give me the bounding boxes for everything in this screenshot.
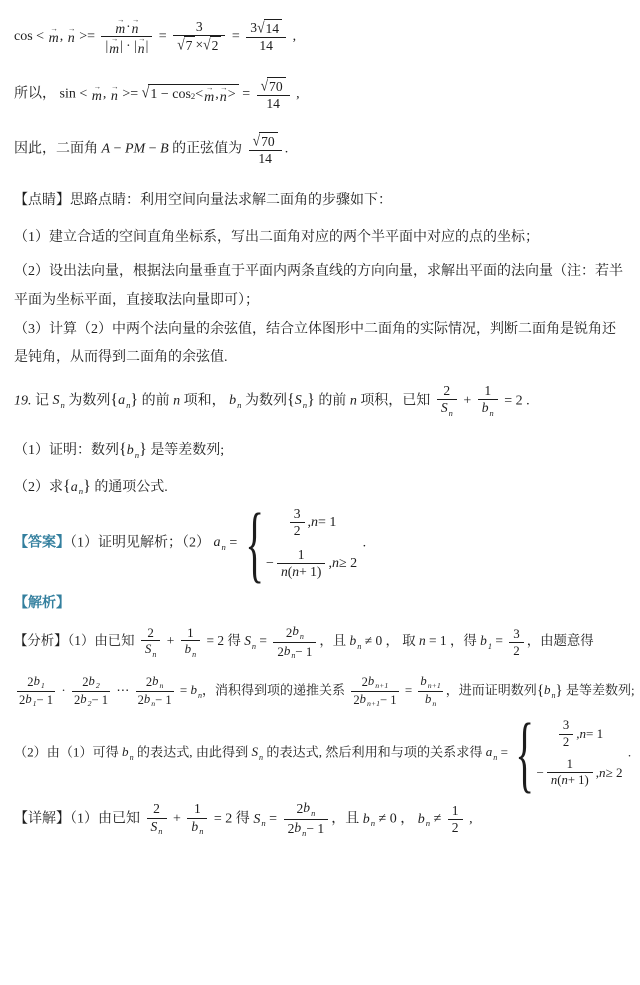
formula-text: 2 <box>288 821 295 837</box>
formula-text: + <box>163 633 177 648</box>
variable-base: a <box>486 744 493 759</box>
document-page: cos < →m, →n >= →m · →n|→m| · |→n| = 3√7… <box>0 0 640 841</box>
formula-text: = 1 <box>318 511 336 534</box>
subscripted-variable: bn <box>122 744 134 759</box>
formula-line-sin: 所以， sin < →m, →n >= √1 − cos2 < →m, →n >… <box>14 75 624 114</box>
formula-text: = <box>492 633 506 648</box>
formula-text: · <box>58 682 69 697</box>
radical-icon: √ <box>203 36 210 53</box>
formula-text: ，进而证明数列 <box>446 682 537 697</box>
formula-text: 2 <box>153 801 160 817</box>
tip-heading-line: 【点睛】思路点睛：利用空间向量法求解二面角的步骤如下： <box>14 187 624 216</box>
radical-icon: √ <box>257 19 264 36</box>
case-row: 32, n = 1 <box>556 716 603 751</box>
fraction: 1bn <box>181 625 201 660</box>
dihedral-conclusion-line: 因此，二面角 A − PM − B 的正弦值为 √7014. <box>14 130 624 169</box>
denominator: 2 <box>290 523 305 539</box>
fraction: 2bn2bn − 1 <box>136 674 174 709</box>
fraction: √7014 <box>257 77 290 112</box>
formula-text: , <box>60 29 67 44</box>
case-rows: 32, n = 1− 1n(n + 1), n ≥ 2 <box>266 504 357 582</box>
vector-letter: m <box>92 90 102 104</box>
variable-base: b <box>34 674 40 688</box>
vector-letter: n <box>138 42 145 56</box>
formula-text: 记 <box>32 393 53 408</box>
denominator: bn <box>187 819 207 838</box>
formula-text: 项和， <box>180 393 229 408</box>
math-variable: n <box>311 511 318 534</box>
variable-base: b <box>350 633 357 648</box>
variable-base: b <box>303 800 310 815</box>
formula-text: 3 <box>196 19 203 35</box>
denominator: 2bn − 1 <box>136 692 174 709</box>
formula-text: （2）求 <box>14 480 63 495</box>
vector-letter: m <box>204 91 214 105</box>
case-row: 32, n = 1 <box>287 504 337 542</box>
math-variable: n <box>350 393 357 408</box>
subscripted-variable: bn <box>185 641 197 659</box>
numerator: 1 <box>480 383 495 399</box>
numerator: 1 <box>190 801 205 817</box>
formula-text: . <box>285 142 289 157</box>
numerator: 3 <box>509 626 524 642</box>
numerator: 2 <box>439 383 454 399</box>
formula-text: = <box>497 744 511 759</box>
subscripted-variable: an <box>214 535 226 550</box>
formula-text: 的前 <box>138 393 173 408</box>
denominator: bn <box>478 400 498 419</box>
detail-line: 【详解】（1）由已知 2Sn + 1bn = 2 得 Sn = 2bn2bn −… <box>14 798 624 841</box>
variable-base: b <box>127 443 134 458</box>
numerator: 2bn+1 <box>360 674 391 691</box>
subscripted-variable: bn+1 <box>368 674 388 691</box>
formula-text: 【分析】（1）由已知 <box>14 633 138 648</box>
formula-text: < <box>195 87 203 103</box>
formula-text: 是等差数列; <box>147 443 224 458</box>
denominator: n(n + 1) <box>277 564 326 580</box>
formula-text: = 1 ，得 <box>426 633 480 648</box>
numerator: 2bn <box>292 800 319 819</box>
math-variable: n <box>281 564 288 580</box>
variable-base: b <box>122 744 129 759</box>
formula-text: − 1 <box>380 693 397 708</box>
formula-text: （1）证明见解析；（2） <box>70 535 214 550</box>
formula-text: 的前 <box>315 393 350 408</box>
formula-text: 14 <box>258 151 272 167</box>
formula-text: 因此，二面角 <box>14 142 102 157</box>
formula-text: = 1 <box>586 723 603 745</box>
formula-text: 2 <box>296 801 303 817</box>
vector: →n <box>68 27 75 46</box>
fraction: √7014 <box>249 132 282 167</box>
subscripted-variable: an <box>118 393 130 408</box>
radical-icon: √ <box>142 86 150 104</box>
math-variable: PM <box>125 142 145 157</box>
variable-base: b <box>368 674 374 688</box>
variable-subscript: n <box>300 632 304 641</box>
formula-text: 为数列 <box>242 393 288 408</box>
numerator: 3 <box>192 19 207 35</box>
numerator: 1 <box>294 547 309 563</box>
denominator: 2 <box>509 643 524 659</box>
formula-text: 的正弦值为 <box>169 142 246 157</box>
variable-subscript: n <box>158 827 162 836</box>
question-19-part2-line: （2）求{an} 的通项公式. <box>14 474 624 501</box>
numerator: 1 <box>563 757 577 772</box>
denominator: 2bn+1 − 1 <box>351 692 398 709</box>
subscripted-variable: bn <box>284 643 296 661</box>
variable-base: a <box>214 535 221 550</box>
variable-subscript: n <box>490 409 494 418</box>
math-variable: n <box>332 552 339 575</box>
numerator: 1 <box>183 625 198 641</box>
denominator: 2bn − 1 <box>273 643 316 661</box>
tip-step-1-line: （1）建立合适的空间直角坐标系，写出二面角对应的两个半平面中对应的点的坐标； <box>14 224 624 253</box>
variable-base: b <box>480 633 487 648</box>
denominator: 14 <box>255 38 277 54</box>
variable-base: S <box>145 641 152 656</box>
variable-subscript: n <box>432 699 436 708</box>
formula-text: − <box>266 552 274 575</box>
left-brace-icon: { <box>245 505 264 582</box>
variable-subscript: n+1 <box>375 681 388 690</box>
fraction: →m · →n|→m| · |→n| <box>101 18 152 55</box>
radicand: 7 <box>184 36 196 54</box>
variable-subscript: n <box>199 827 203 836</box>
formula-text: 70 <box>269 79 283 95</box>
fraction: 2bn+12bn+1 − 1 <box>351 674 398 709</box>
numerator: 2b1 <box>25 674 47 691</box>
denominator: 2bn − 1 <box>284 820 329 839</box>
formula-text: 1 <box>452 803 459 819</box>
formula-text: 70 <box>261 134 275 150</box>
square-root: √70 <box>261 77 286 95</box>
formula-text: 14 <box>266 96 280 112</box>
numerator: 2 <box>143 625 158 641</box>
formula-text: ，且 <box>331 812 363 827</box>
subscripted-variable: bn <box>294 820 306 839</box>
formula-text: 1 − cos <box>150 87 191 103</box>
formula-text: ，消积得到项的递推关系 <box>202 682 348 697</box>
subscripted-variable: bn <box>482 400 494 419</box>
formula-text: − <box>537 762 544 784</box>
variable-base: b <box>152 674 158 688</box>
formula-text: = <box>177 682 191 697</box>
fraction: 2bn2bn − 1 <box>284 800 329 839</box>
formula-text: . <box>625 744 632 759</box>
fraction: 1n(n + 1) <box>547 757 593 788</box>
variable-base: b <box>363 812 370 827</box>
answer-line: 【答案】（1）证明见解析；（2） an = {32, n = 1− 1n(n +… <box>14 504 624 582</box>
formula-text: > <box>228 87 236 103</box>
denominator: bn <box>181 641 201 659</box>
formula-text: 1 <box>567 757 573 772</box>
numerator: 2bn <box>282 623 308 641</box>
analysis-line-1: 【分析】（1）由已知 2Sn + 1bn = 2 得 Sn = 2bn2bn −… <box>14 621 624 663</box>
subscripted-variable: bn <box>144 692 155 709</box>
section-label: 【答案】 <box>14 535 70 550</box>
variable-base: b <box>144 692 150 706</box>
subscripted-variable: b1 <box>480 633 492 648</box>
vector: →m <box>92 85 102 104</box>
formula-text: = <box>226 535 241 550</box>
vector-letter: n <box>111 90 118 104</box>
formula-text: , <box>293 87 300 102</box>
subscripted-variable: b2 <box>80 692 91 709</box>
fraction: 3√1414 <box>246 19 286 54</box>
formula-text: 2 <box>294 523 301 539</box>
radicand: 70 <box>267 77 286 95</box>
subscripted-variable: b2 <box>89 674 100 691</box>
formula-text: , <box>466 812 473 827</box>
radicand: 2 <box>210 36 222 54</box>
vector: →n <box>220 86 227 105</box>
formula-text: ≥ 2 <box>606 762 623 784</box>
formula-text: 为数列 <box>65 393 111 408</box>
fraction: 1n(n + 1) <box>277 547 326 581</box>
subscripted-variable: Sn <box>441 400 453 419</box>
formula-text: = 2 得 <box>203 633 244 648</box>
radicand: 14 <box>264 19 283 37</box>
formula-line-cos: cos < →m, →n >= →m · →n|→m| · |→n| = 3√7… <box>14 16 624 57</box>
subscripted-variable: bn <box>229 393 241 408</box>
formula-text: + <box>170 812 185 827</box>
formula-text: （2）由（1）可得 <box>14 744 122 759</box>
subscripted-variable: an <box>486 744 498 759</box>
vector: →m <box>109 37 119 55</box>
case-row: − 1n(n + 1), n ≥ 2 <box>266 545 357 583</box>
formula-text: = <box>402 682 416 697</box>
fraction: bn+1bn <box>418 674 442 709</box>
sequence-brace: } <box>307 391 315 408</box>
numerator: 3 <box>290 506 305 522</box>
variable-base: b <box>425 692 431 706</box>
formula-text: = <box>239 87 254 102</box>
numerator: 3√14 <box>246 19 286 37</box>
denominator: |→m| · |→n| <box>101 37 152 55</box>
sequence-brace: { <box>537 682 544 698</box>
subscripted-variable: bn <box>418 812 430 827</box>
fraction: 32 <box>290 506 305 540</box>
fraction: 2Sn <box>147 801 167 837</box>
formula-text: >= <box>76 29 99 44</box>
formula-text: 14 <box>259 38 273 54</box>
math-variable: A <box>102 142 111 157</box>
formula-text: 3 <box>250 20 257 36</box>
formula-text: 3 <box>294 506 301 522</box>
square-root: √7 <box>177 36 195 54</box>
variable-base: S <box>253 812 260 827</box>
formula-text: − <box>145 142 160 157</box>
subscripted-variable: Sn <box>253 812 265 827</box>
vector: →m <box>204 86 214 105</box>
formula-text: 3 <box>513 626 520 642</box>
variable-base: b <box>229 393 236 408</box>
formula-text: 2 <box>563 735 569 750</box>
subscripted-variable: b1 <box>34 674 45 691</box>
sequence-brace: } <box>556 682 563 698</box>
radical-icon: √ <box>253 132 260 149</box>
variable-base: S <box>441 400 448 415</box>
question-19-line: 19. 记 Sn 为数列{an} 的前 n 项和， bn 为数列{Sn} 的前 … <box>14 381 624 421</box>
numerator: 3 <box>559 718 573 733</box>
formula-text: − 1 <box>155 693 172 708</box>
formula-text: − 1 <box>295 644 312 660</box>
fraction: 1bn <box>187 801 207 837</box>
vector-letter: n <box>68 32 75 46</box>
variable-subscript: 1 <box>41 681 45 690</box>
vector-letter: n <box>220 91 227 105</box>
sequence-brace: { <box>287 391 295 408</box>
variable-subscript: n <box>159 681 163 690</box>
variable-subscript: n <box>152 650 156 659</box>
fraction: 32 <box>559 718 573 749</box>
math-variable: n <box>419 633 426 648</box>
formula-text: 是等差数列; <box>563 682 635 697</box>
formula-text: 1 <box>194 801 201 817</box>
sequence-brace: } <box>83 478 91 495</box>
formula-text: ，由题意得 <box>527 633 594 648</box>
formula-text: ⋯ <box>113 682 133 697</box>
square-root: √2 <box>203 36 221 54</box>
variable-subscript: n <box>311 809 315 818</box>
variable-base: b <box>185 641 192 656</box>
subscripted-variable: bn <box>303 800 315 819</box>
sequence-brace: { <box>119 441 127 458</box>
formula-text: 2 <box>513 643 520 659</box>
case-row: − 1n(n + 1), n ≥ 2 <box>537 755 623 790</box>
sequence-brace: { <box>110 391 118 408</box>
denominator: 14 <box>262 96 284 112</box>
variable-base: S <box>53 393 60 408</box>
denominator: 2 <box>559 735 573 750</box>
formula-text: 2 <box>212 38 219 54</box>
formula-text: = <box>155 29 170 44</box>
formula-text: 的表达式, 由此得到 <box>134 744 252 759</box>
formula-text: − 1 <box>91 693 108 708</box>
subscripted-variable: Sn <box>145 641 157 659</box>
numerator: √70 <box>257 77 290 95</box>
subscripted-variable: bn+1 <box>360 692 380 709</box>
formula-text: = <box>256 633 270 648</box>
analysis-line-3: （2）由（1）可得 bn 的表达式, 由此得到 Sn 的表达式, 然后利用和与项… <box>14 715 624 792</box>
piecewise-cases: {32, n = 1− 1n(n + 1), n ≥ 2 <box>243 504 357 582</box>
piecewise-cases: {32, n = 1− 1n(n + 1), n ≥ 2 <box>513 715 622 792</box>
formula-text: 7 <box>186 38 193 54</box>
denominator: 14 <box>254 151 276 167</box>
tip-step-3-line: （3）计算（2）中两个法向量的余弦值，结合立体图形中二面角的实际情况，判断二面角… <box>14 316 624 373</box>
formula-text: | <box>105 38 108 54</box>
subscripted-variable: b1 <box>25 692 36 709</box>
tip-step-2-line: （2）设出法向量，根据法向量垂直于平面内两条直线的方向向量，求解出平面的法向量（… <box>14 258 624 315</box>
formula-text: 14 <box>266 21 280 37</box>
numerator: 2b2 <box>80 674 102 691</box>
denominator: n(n + 1) <box>547 773 593 788</box>
formula-text: cos < <box>14 29 48 44</box>
variable-base: b <box>420 674 426 688</box>
formula-text: + <box>460 393 475 408</box>
variable-subscript: n <box>192 650 196 659</box>
subscripted-variable: bn <box>127 443 139 458</box>
subscripted-variable: bn <box>152 674 163 691</box>
formula-text: 1 <box>187 625 194 641</box>
variable-base: S <box>251 744 258 759</box>
variable-base: b <box>418 812 425 827</box>
formula-text: − 1 <box>306 821 324 837</box>
variable-base: b <box>292 623 299 638</box>
subscripted-variable: bn+1 <box>420 674 440 691</box>
subscripted-variable: an <box>71 480 83 495</box>
denominator: Sn <box>437 400 457 419</box>
formula-text: （3）计算（2）中两个法向量的余弦值，结合立体图形中二面角的实际情况，判断二面角… <box>14 322 616 366</box>
analysis-heading-line: 【解析】 <box>14 592 624 615</box>
formula-text: （1）建立合适的空间直角坐标系，写出二面角对应的两个半平面中对应的点的坐标； <box>14 230 539 245</box>
question-19-part1-line: （1）证明：数列{bn} 是等差数列; <box>14 437 624 464</box>
formula-text: + 1) <box>299 564 321 580</box>
variable-base: b <box>25 692 31 706</box>
formula-text: ，且 <box>319 633 349 648</box>
variable-base: S <box>295 393 302 408</box>
variable-base: b <box>89 674 95 688</box>
sequence-brace: } <box>130 391 138 408</box>
denominator: √7 × √2 <box>173 36 225 54</box>
formula-text: 3 <box>563 718 569 733</box>
subscripted-variable: bn <box>363 812 375 827</box>
subscripted-variable: Sn <box>151 819 163 838</box>
fraction: 32 <box>509 626 524 658</box>
formula-text: , <box>103 87 110 102</box>
numerator: 2 <box>149 801 164 817</box>
formula-text: 【详解】（1）由已知 <box>14 812 144 827</box>
formula-text: − <box>110 142 125 157</box>
formula-text: （1）证明：数列 <box>14 443 119 458</box>
vector: →n <box>111 85 118 104</box>
formula-text: , <box>215 87 219 103</box>
square-root: √1 − cos2 < →m, →n > <box>142 84 239 105</box>
subscripted-variable: Sn <box>251 744 263 759</box>
fraction: 2bn2bn − 1 <box>273 623 316 661</box>
subscripted-variable: bn <box>425 692 436 709</box>
fraction: 3√7 × √2 <box>173 19 225 54</box>
fraction: 2b12b1 − 1 <box>17 674 55 709</box>
formula-text: | <box>146 38 149 54</box>
left-brace-icon: { <box>516 715 535 792</box>
subscripted-variable: Sn <box>295 393 307 408</box>
formula-text: 的通项公式. <box>91 480 168 495</box>
formula-text: 2 <box>147 625 154 641</box>
subscripted-variable: Sn <box>53 393 65 408</box>
formula-text: 2 <box>452 820 459 836</box>
radicand: 70 <box>259 132 278 150</box>
formula-text: . <box>359 535 366 550</box>
formula-text: = <box>228 29 243 44</box>
variable-base: b <box>191 819 198 834</box>
variable-base: a <box>118 393 125 408</box>
math-variable: 19. <box>14 393 32 408</box>
denominator: 2 <box>448 820 463 836</box>
formula-text: · <box>126 19 131 35</box>
formula-text: = 2 . <box>501 393 530 408</box>
section-label: 【解析】 <box>14 596 70 611</box>
numerator: √70 <box>249 132 282 150</box>
variable-base: S <box>151 819 158 834</box>
fraction: 12 <box>448 803 463 837</box>
variable-base: b <box>544 682 551 697</box>
fraction: 1bn <box>478 383 498 419</box>
formula-text: 的表达式, 然后利用和与项的关系求得 <box>263 744 486 759</box>
variable-subscript: n+1 <box>428 681 441 690</box>
formula-text: 【点睛】思路点睛：利用空间向量法求解二面角的步骤如下： <box>14 193 392 208</box>
